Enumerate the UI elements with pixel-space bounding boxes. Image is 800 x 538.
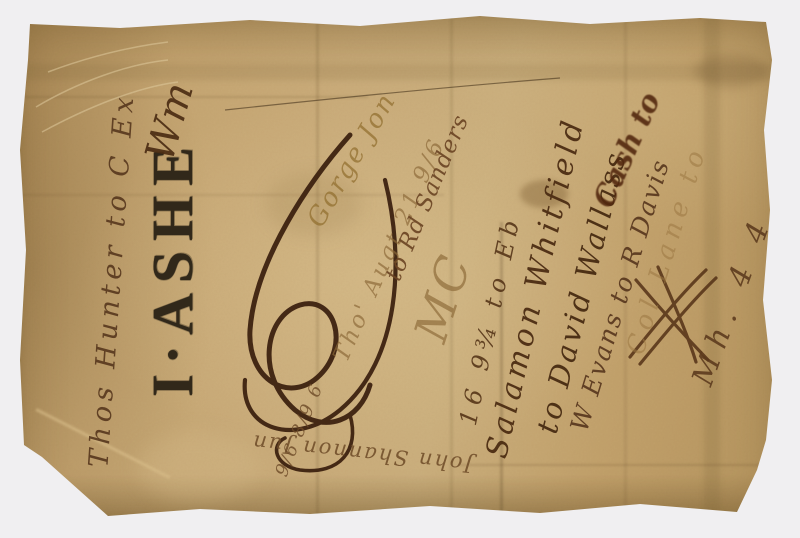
photo-backdrop: I·ASHE Thos Hunter to C Ex Wm 9/6 8/9 6 … <box>0 0 800 538</box>
paper-grain-texture <box>18 12 778 520</box>
paper-document: I·ASHE Thos Hunter to C Ex Wm 9/6 8/9 6 … <box>18 12 778 520</box>
